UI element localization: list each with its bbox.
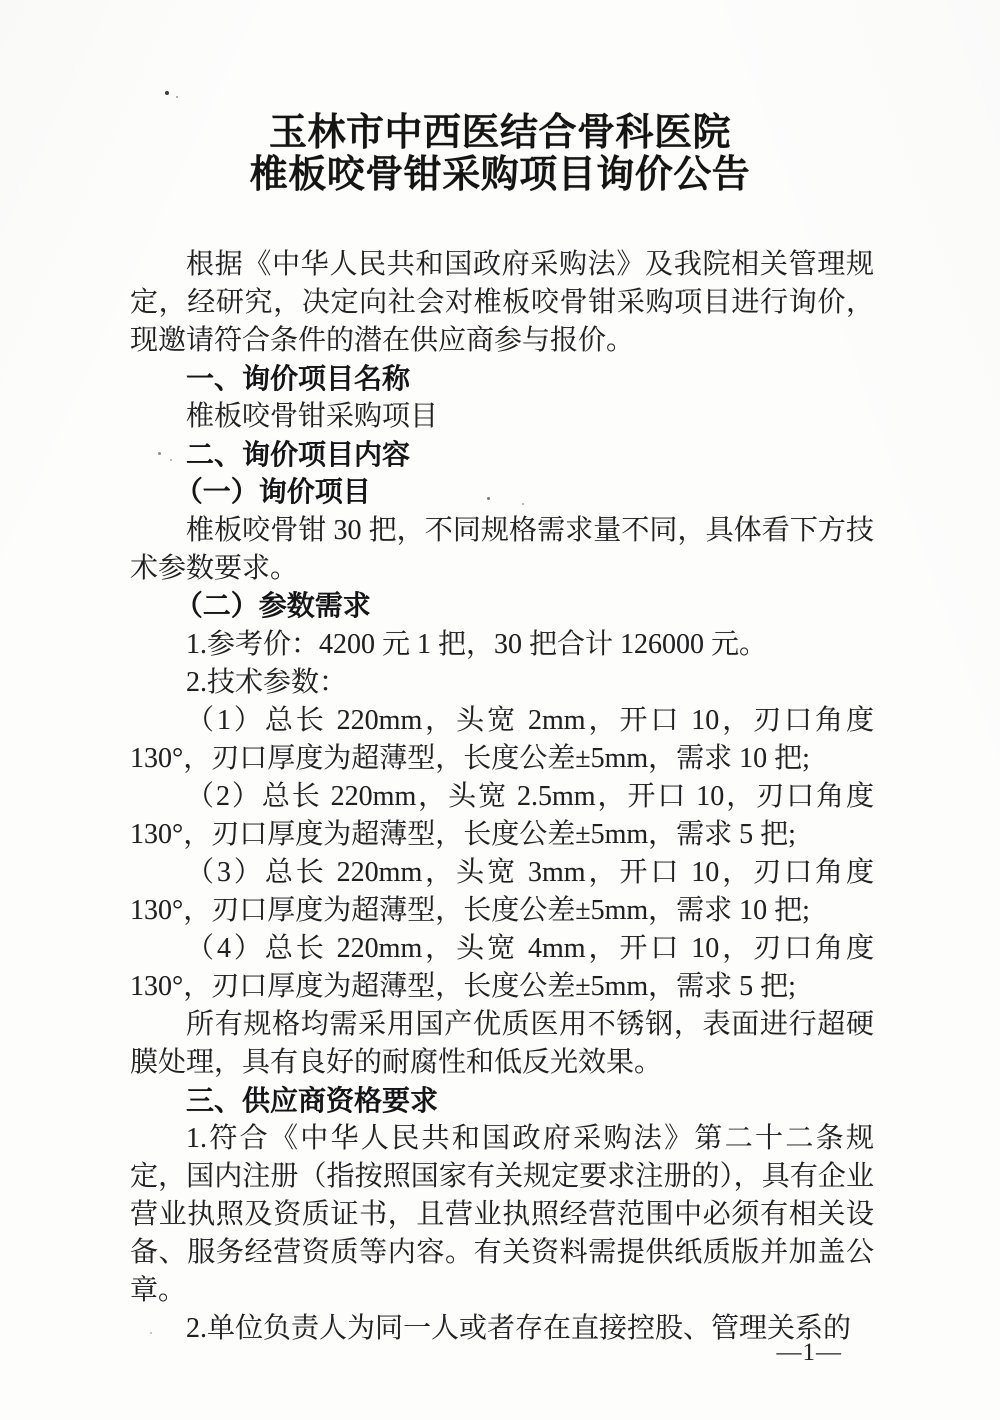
- scan-speck: [158, 452, 161, 455]
- scan-speck: [522, 503, 524, 505]
- subsection-heading-2-1: （一）询价项目: [130, 474, 874, 512]
- paragraph-reference-price: 1.参考价：4200 元 1 把，30 把合计 126000 元。: [130, 626, 874, 664]
- page-number: —1—: [777, 1338, 843, 1368]
- document-title: 玉林市中西医结合骨科医院 椎板咬骨钳采购项目询价公告: [0, 112, 1000, 196]
- paragraph-project-name: 椎板咬骨钳采购项目: [130, 398, 874, 436]
- subsection-heading-2-2: （二）参数需求: [130, 588, 874, 626]
- document-title-line1: 玉林市中西医结合骨科医院: [0, 112, 1000, 154]
- paragraph-qualification-2: 2.单位负责人为同一人或者存在直接控股、管理关系的: [130, 1310, 874, 1348]
- paragraph-spec-4: （4）总长 220mm，头宽 4mm，开口 10，刃口角度 130°，刃口厚度为…: [130, 930, 874, 1006]
- paragraph-spec-3: （3）总长 220mm，头宽 3mm，开口 10，刃口角度 130°，刃口厚度为…: [130, 854, 874, 930]
- scan-speck: [176, 96, 178, 98]
- paragraph-quantity: 椎板咬骨钳 30 把，不同规格需求量不同，具体看下方技术参数要求。: [130, 512, 874, 588]
- scan-speck: [165, 91, 169, 95]
- paragraph-material: 所有规格均需采用国产优质医用不锈钢，表面进行超硬膜处理，具有良好的耐腐性和低反光…: [130, 1006, 874, 1082]
- document-title-line2: 椎板咬骨钳采购项目询价公告: [0, 154, 1000, 196]
- section-heading-2: 二、询价项目内容: [130, 436, 874, 474]
- scan-speck: [170, 459, 172, 461]
- section-heading-3: 三、供应商资格要求: [130, 1082, 874, 1120]
- document-body: 根据《中华人民共和国政府采购法》及我院相关管理规定，经研究，决定向社会对椎板咬骨…: [130, 246, 874, 1348]
- scan-speck: [150, 1332, 152, 1334]
- paragraph-spec-2: （2）总长 220mm，头宽 2.5mm，开口 10，刃口角度 130°，刃口厚…: [130, 778, 874, 854]
- scan-speck: [487, 497, 490, 500]
- section-heading-1: 一、询价项目名称: [130, 360, 874, 398]
- scanned-document-page: 玉林市中西医结合骨科医院 椎板咬骨钳采购项目询价公告 根据《中华人民共和国政府采…: [0, 0, 1000, 1420]
- paragraph-tech-params-label: 2.技术参数：: [130, 664, 874, 702]
- paragraph-intro: 根据《中华人民共和国政府采购法》及我院相关管理规定，经研究，决定向社会对椎板咬骨…: [130, 246, 874, 360]
- paragraph-spec-1: （1）总长 220mm，头宽 2mm，开口 10，刃口角度 130°，刃口厚度为…: [130, 702, 874, 778]
- paragraph-qualification-1: 1.符合《中华人民共和国政府采购法》第二十二条规定，国内注册（指按照国家有关规定…: [130, 1120, 874, 1310]
